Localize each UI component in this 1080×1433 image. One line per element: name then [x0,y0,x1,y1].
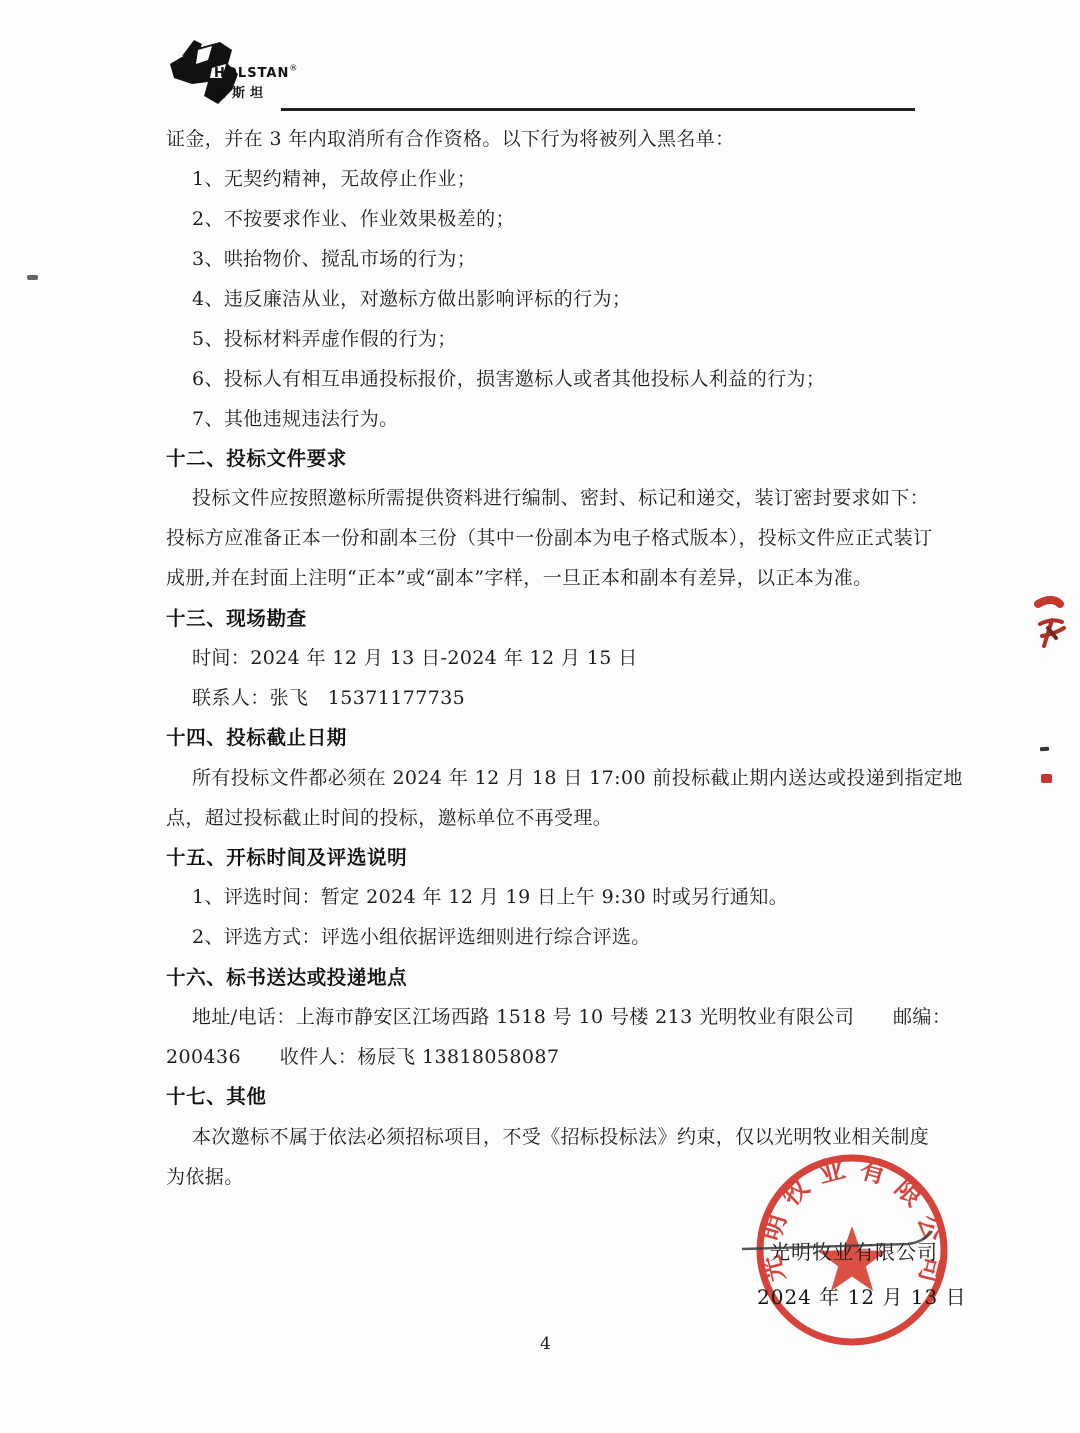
section-17-heading: 十七、其他 [166,1075,936,1115]
logo-brand-text: HOLSTAN [214,66,289,81]
survey-contact-line: 联系人：张飞 15371177735 [166,676,936,716]
section-16-heading: 十六、标书送达或投递地点 [166,956,936,996]
blacklist-item-6: 6、投标人有相互串通投标报价，损害邀标人或者其他投标人利益的行为； [166,357,936,397]
registered-mark-icon: ® [289,64,297,73]
selection-method-line: 2、评选方式：评选小组依据评选细则进行综合评选。 [166,916,936,956]
header-divider [281,108,915,111]
address-line-2: 200436 收件人：杨辰飞 13818058087 [166,1035,936,1075]
document-page: HOLSTAN® 荷斯坦 证金，并在 3 年内取消所有合作资格。以下行为将被列入… [0,0,1080,1433]
blacklist-item-2: 2、不按要求作业、作业效果极差的； [166,198,936,238]
logo-chinese-text: 荷斯坦 [214,82,297,101]
section-14-line-2: 点，超过投标截止时间的投标，邀标单位不再受理。 [166,796,936,836]
signature-date: 2024 年 12 月 13 日 [757,1281,967,1310]
section-14-heading: 十四、投标截止日期 [166,716,936,756]
section-12-heading: 十二、投标文件要求 [166,437,936,477]
intro-line: 证金，并在 3 年内取消所有合作资格。以下行为将被列入黑名单： [166,118,936,158]
section-15-heading: 十五、开标时间及评选说明 [166,836,936,876]
blacklist-item-3: 3、哄抬物价、搅乱市场的行为； [166,238,936,278]
left-margin-ink-dash [27,275,38,280]
red-ink-mark [1026,594,1080,658]
document-lines: 证金，并在 3 年内取消所有合作资格。以下行为将被列入黑名单：1、无契约精神，无… [166,118,936,1195]
red-ink-dot [1041,774,1052,783]
address-line-1: 地址/电话：上海市静安区江场西路 1518 号 10 号楼 213 光明牧业有限… [166,996,936,1036]
holstan-logo: HOLSTAN® 荷斯坦 [168,34,338,112]
section-12-line-3: 成册,并在封面上注明“正本”或“副本”字样，一旦正本和副本有差异，以正本为准。 [166,557,936,597]
section-14-line-1: 所有投标文件都必须在 2024 年 12 月 18 日 17:00 前投标截止期… [166,756,936,796]
survey-time-line: 时间：2024 年 12 月 13 日-2024 年 12 月 15 日 [166,637,936,677]
section-12-line-2: 投标方应准备正本一份和副本三份（其中一份副本为电子格式版本），投标文件应正式装订 [166,517,936,557]
page-number: 4 [540,1334,551,1354]
small-ink-dash [1040,747,1049,752]
logo-text: HOLSTAN® 荷斯坦 [214,62,297,101]
selection-time-line: 1、评选时间：暂定 2024 年 12 月 19 日上午 9:30 时或另行通知… [166,876,936,916]
blacklist-item-5: 5、投标材料弄虚作假的行为； [166,317,936,357]
blacklist-item-7: 7、其他违规违法行为。 [166,397,936,437]
section-12-line-1: 投标文件应按照邀标所需提供资料进行编制、密封、标记和递交，装订密封要求如下： [166,477,936,517]
section-13-heading: 十三、现场勘查 [166,597,936,637]
signature-strike-line [738,1228,948,1262]
blacklist-item-4: 4、违反廉洁从业，对邀标方做出影响评标的行为； [166,278,936,318]
blacklist-item-1: 1、无契约精神，无故停止作业； [166,158,936,198]
